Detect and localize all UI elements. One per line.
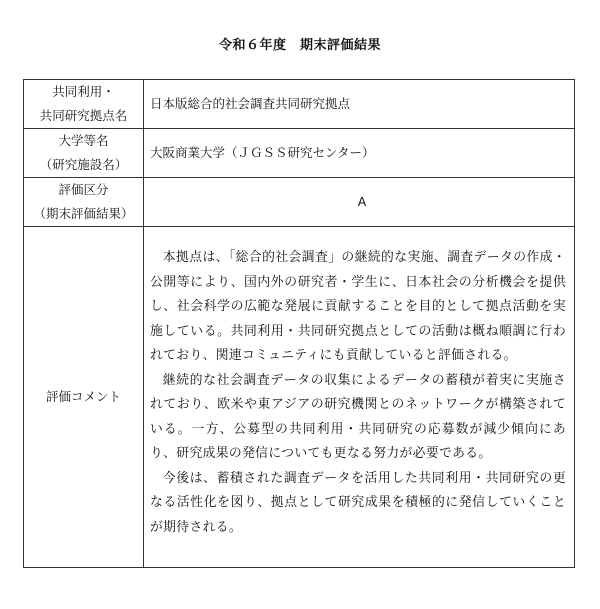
label-comment: 評価コメント [24, 227, 144, 568]
label-line: 評価コメント [24, 385, 143, 409]
label-line: （研究施設名） [24, 153, 143, 177]
table-row-university: 大学等名 （研究施設名） 大阪商業大学（ＪＧＳＳ研究センター） [24, 129, 575, 178]
value-university: 大阪商業大学（ＪＧＳＳ研究センター） [144, 129, 575, 178]
label-line: 共同利用・ [24, 80, 143, 104]
evaluation-table: 共同利用・ 共同研究拠点名 日本版総合的社会調査共同研究拠点 大学等名 （研究施… [23, 79, 575, 568]
label-line: 共同研究拠点名 [24, 104, 143, 128]
label-line: 評価区分 [24, 178, 143, 202]
comment-paragraph: 継続的な社会調査データの収集によるデータの蓄積が着実に実施されており、欧米や東ア… [150, 369, 566, 467]
label-line: 大学等名 [24, 129, 143, 153]
table-row-grade: 評価区分 （期末評価結果） A [24, 178, 575, 227]
value-comment: 本拠点は、「総合的社会調査」の継続的な実施、調査データの作成・公開等により、国内… [144, 227, 575, 568]
table-row-base-name: 共同利用・ 共同研究拠点名 日本版総合的社会調査共同研究拠点 [24, 80, 575, 129]
document-title: 令和６年度 期末評価結果 [0, 37, 600, 55]
table-row-comment: 評価コメント 本拠点は、「総合的社会調査」の継続的な実施、調査データの作成・公開… [24, 227, 575, 568]
value-base-name: 日本版総合的社会調査共同研究拠点 [144, 80, 575, 129]
comment-body: 本拠点は、「総合的社会調査」の継続的な実施、調査データの作成・公開等により、国内… [150, 232, 566, 562]
comment-paragraph: 今後は、蓄積された調査データを活用した共同利用・共同研究の更なる活性化を図り、拠… [150, 467, 566, 541]
label-line: （期末評価結果） [24, 202, 143, 226]
value-grade: A [144, 178, 575, 227]
label-grade: 評価区分 （期末評価結果） [24, 178, 144, 227]
label-base-name: 共同利用・ 共同研究拠点名 [24, 80, 144, 129]
label-university: 大学等名 （研究施設名） [24, 129, 144, 178]
comment-paragraph: 本拠点は、「総合的社会調査」の継続的な実施、調査データの作成・公開等により、国内… [150, 246, 566, 369]
